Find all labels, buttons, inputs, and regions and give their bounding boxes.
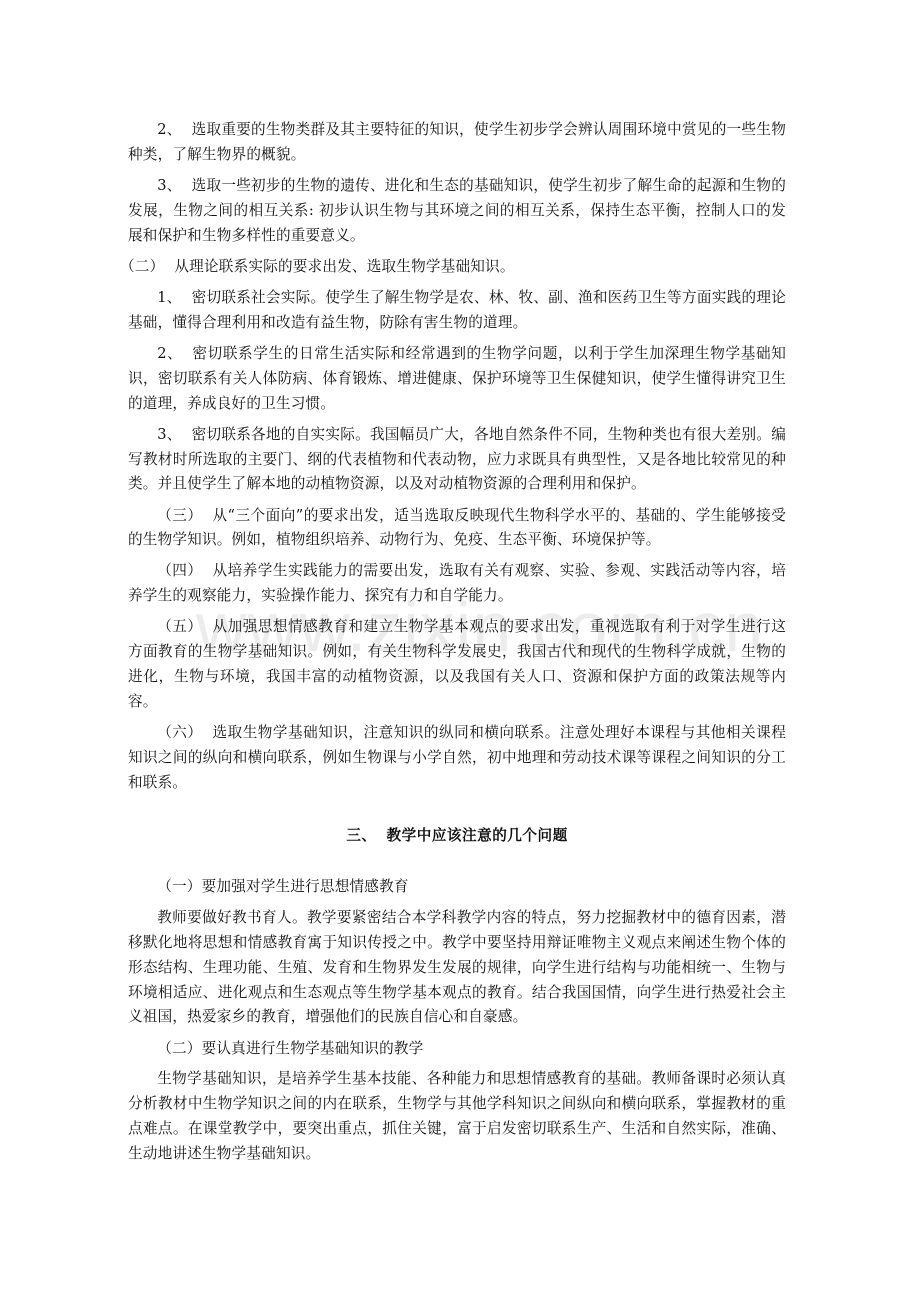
subheading-2-basic-knowledge: （二）要认真进行生物学基础知识的教学 — [128, 1037, 786, 1062]
paragraph-teacher-education: 教师要做好教书育人。教学要紧密结合本学科教学内容的特点，努力挖掘教材中的德育因素… — [128, 906, 786, 1030]
paragraph-2-daily-life: 2、密切联系学生的日常生活实际和经常遇到的生物学问题，以利于学生加深理生物学基础… — [128, 342, 786, 416]
item-number: 2、 — [157, 345, 182, 362]
item-number: （五） — [157, 618, 202, 635]
paragraph-text: 密切联系学生的日常生活实际和经常遇到的生物学问题，以利于学生加深理生物学基础知识… — [128, 345, 786, 412]
paragraph-2-biology-groups: 2、选取重要的生物类群及其主要特征的知识，使学生初步学会辨认周围环境中赏见的一些… — [128, 118, 786, 168]
paragraph-text: 从加强思想情感教育和建立生物学基本观点的要求出发，重视选取有利于对学生进行这方面… — [128, 618, 786, 709]
heading-text: 教学中应该注意的几个问题 — [387, 827, 568, 844]
subsection-3-three-orientations: （三）从“三个面向”的要求出发，适当选取反映现代生物科学水平的、基础的、学生能够… — [128, 504, 786, 554]
subheading-1-ideological-education: （一）要加强对学生进行思想情感教育 — [128, 875, 786, 900]
item-number: 2、 — [157, 121, 181, 138]
document-page: 2、选取重要的生物类群及其主要特征的知识，使学生初步学会辨认周围环境中赏见的一些… — [128, 118, 786, 1173]
section-heading-3: 三、教学中应该注意的几个问题 — [128, 824, 786, 848]
item-number: 1、 — [157, 289, 181, 306]
paragraph-text: 教师要做好教书育人。教学要紧密结合本学科教学内容的特点，努力挖掘教材中的德育因素… — [128, 909, 786, 1025]
item-number: （三） — [157, 507, 202, 524]
subsection-5-ideological-education: （五）从加强思想情感教育和建立生物学基本观点的要求出发，重视选取有利于对学生进行… — [128, 615, 786, 714]
subsection-6-vertical-horizontal-links: （六）选取生物学基础知识，注意知识的纵同和横向联系。注意处理好本课程与其他相关课… — [128, 721, 786, 795]
paragraph-text: 选取一些初步的生物的遗传、进化和生态的基础知识，使学生初步了解生命的起源和生物的… — [128, 177, 786, 244]
item-number: （二） — [120, 258, 164, 275]
paragraph-text: 选取重要的生物类群及其主要特征的知识，使学生初步学会辨认周围环境中赏见的一些生物… — [128, 121, 786, 163]
paragraph-text: 生物学基础知识，是培养学生基本技能、各种能力和思想情感教育的基础。教师备课时必须… — [128, 1070, 786, 1161]
paragraph-text: 从理论联系实际的要求出发、选取生物学基础知识。 — [174, 258, 514, 275]
paragraph-text: 选取生物学基础知识，注意知识的纵同和横向联系。注意处理好本课程与其他相关课程知识… — [128, 724, 786, 791]
paragraph-text: （一）要加强对学生进行思想情感教育 — [157, 878, 409, 895]
paragraph-text: 密切联系各地的自实实际。我国幅员广大，各地自然条件不同，生物种类也有很大差别。编… — [128, 426, 786, 493]
subsection-2-theory-practice: （二）从理论联系实际的要求出发、选取生物学基础知识。 — [120, 255, 786, 280]
paragraph-text: 从“三个面向”的要求出发，适当选取反映现代生物科学水平的、基础的、学生能够接受的… — [128, 507, 786, 549]
item-number: 3、 — [157, 177, 181, 194]
heading-number: 三、 — [346, 827, 376, 844]
paragraph-3-genetics-evolution: 3、选取一些初步的生物的遗传、进化和生态的基础知识，使学生初步了解生命的起源和生… — [128, 174, 786, 248]
item-number: 3、 — [157, 426, 181, 443]
item-number: （六） — [157, 724, 202, 741]
paragraph-text: 密切联系社会实际。使学生了解生物学是农、林、牧、副、渔和医药卫生等方面实践的理论… — [128, 289, 786, 331]
paragraph-1-social-practice: 1、密切联系社会实际。使学生了解生物学是农、林、牧、副、渔和医药卫生等方面实践的… — [128, 286, 786, 336]
subsection-4-practical-ability: （四）从培养学生实践能力的需要出发，选取有关有观察、实验、参观、实践活动等内容，… — [128, 559, 786, 609]
item-number: （四） — [157, 562, 202, 579]
paragraph-basic-knowledge: 生物学基础知识，是培养学生基本技能、各种能力和思想情感教育的基础。教师备课时必须… — [128, 1067, 786, 1166]
paragraph-text: 从培养学生实践能力的需要出发，选取有关有观察、实验、参观、实践活动等内容，培养学… — [128, 562, 786, 604]
paragraph-text: （二）要认真进行生物学基础知识的教学 — [157, 1040, 423, 1057]
paragraph-3-local-practice: 3、密切联系各地的自实实际。我国幅员广大，各地自然条件不同，生物种类也有很大差别… — [128, 423, 786, 497]
